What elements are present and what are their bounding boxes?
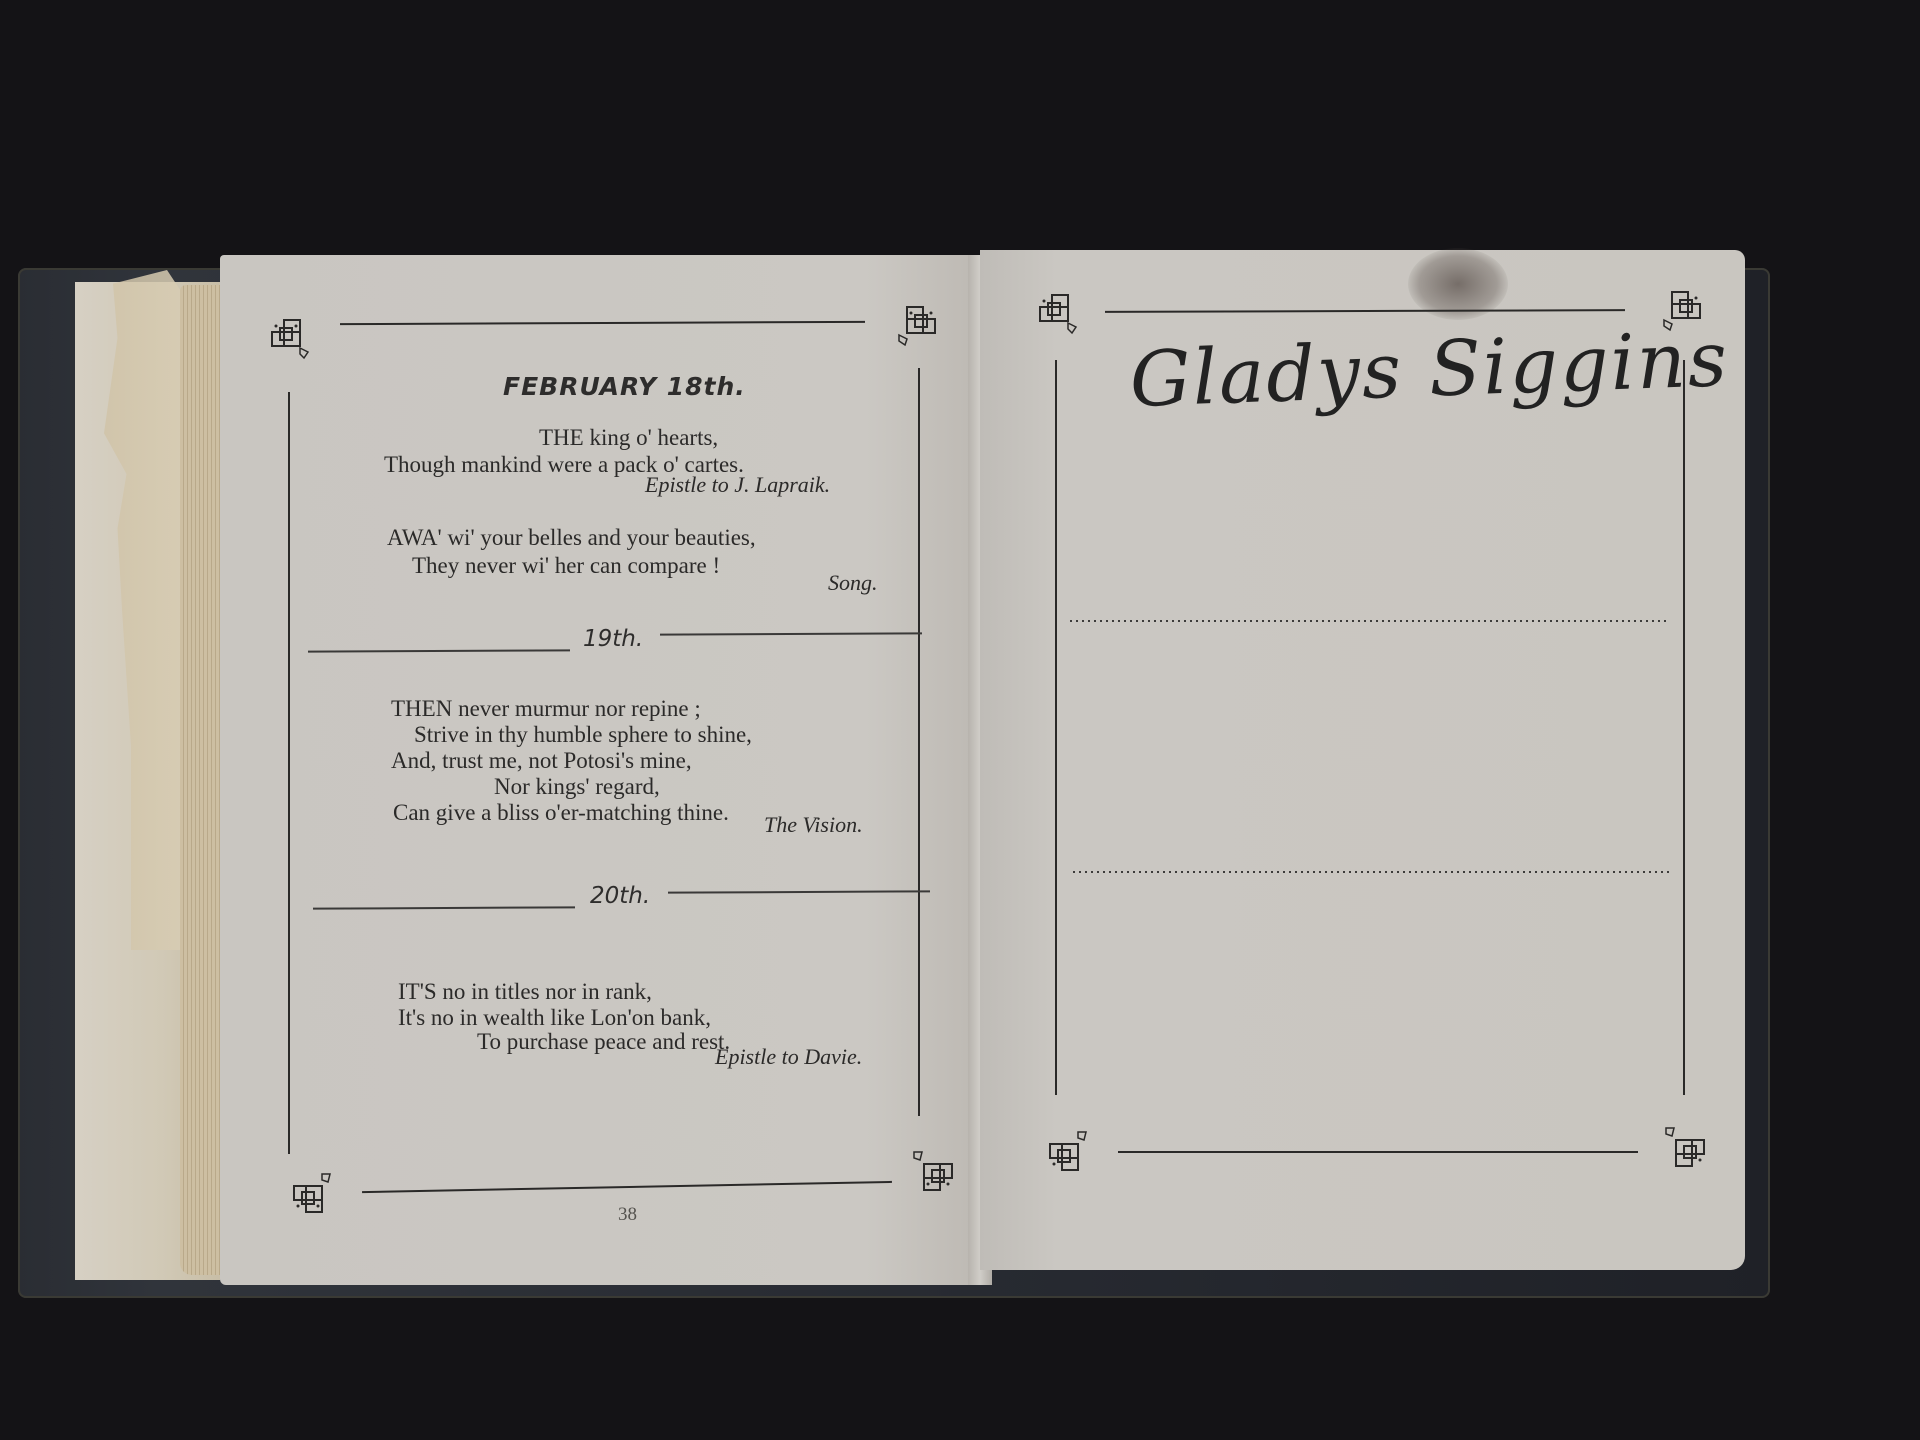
quote-source: Epistle to J. Lapraik.	[645, 472, 830, 498]
verse-line: IT'S no in titles nor in rank,	[398, 978, 652, 1005]
drop-word: IT'S	[398, 979, 437, 1004]
verse-text: king o' hearts,	[584, 425, 718, 450]
corner-ornament-icon	[292, 1170, 336, 1214]
corner-ornament-icon	[270, 318, 314, 362]
verse-line: THE king o' hearts,	[539, 424, 718, 451]
corner-ornament-icon	[1038, 293, 1082, 337]
page-edges	[180, 285, 220, 1275]
page-number: 38	[618, 1204, 637, 1226]
drop-word: AWA'	[387, 525, 442, 550]
corner-ornament-icon	[1662, 1124, 1706, 1168]
corner-ornament-icon	[910, 1148, 954, 1192]
verse-line: THEN never murmur nor repine ;	[391, 695, 701, 722]
verse-line: They never wi' her can compare !	[412, 552, 720, 579]
corner-ornament-icon	[893, 305, 937, 349]
right-frame-left	[1055, 360, 1057, 1095]
verse-line: AWA' wi' your belles and your beauties,	[387, 524, 756, 551]
left-frame-left	[288, 392, 290, 1154]
verse-text: wi' your belles and your beauties,	[442, 525, 756, 550]
right-frame-right	[1683, 360, 1685, 1095]
verse-text: no in titles nor in rank,	[437, 979, 652, 1004]
page-heading: FEBRUARY 18th.	[503, 372, 746, 401]
drop-word: THE	[539, 425, 584, 450]
date-subheading: 20th.	[590, 883, 650, 909]
left-frame-right	[918, 368, 920, 1116]
quote-source: The Vision.	[764, 812, 863, 838]
quote-source: Song.	[828, 570, 878, 596]
right-frame-bottom	[1118, 1151, 1638, 1153]
verse-line: Nor kings' regard,	[494, 773, 660, 800]
date-subheading: 19th.	[583, 626, 643, 652]
verse-text: never murmur nor repine ;	[452, 696, 700, 721]
blank-entry-line	[1070, 620, 1668, 622]
quote-source: Epistle to Davie.	[715, 1044, 862, 1070]
verse-line: Can give a bliss o'er-matching thine.	[393, 799, 729, 826]
verse-line: And, trust me, not Potosi's mine,	[391, 747, 692, 774]
verse-line: To purchase peace and rest.	[477, 1028, 730, 1055]
verse-line: Strive in thy humble sphere to shine,	[414, 721, 752, 748]
verse-line: It's no in wealth like Lon'on bank,	[398, 1004, 711, 1031]
drop-word: THEN	[391, 696, 452, 721]
corner-ornament-icon	[1048, 1128, 1092, 1172]
blank-entry-line	[1073, 871, 1673, 873]
